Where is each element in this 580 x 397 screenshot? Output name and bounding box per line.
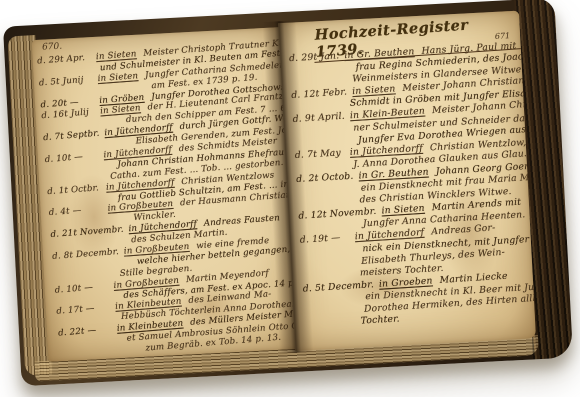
entry-date: d. 29t Jan. [289,50,340,64]
entry-text: Tochter. [360,313,400,326]
left-page-entries: d. 29t Apr. in Sieten Meister Christoph … [37,38,297,361]
open-register-book: 670. d. 29t Apr. in Sieten Meister Chris… [3,0,573,386]
right-page: Hochzeit-Register 1739. 671 d. 29t Jan. … [278,11,536,351]
photo-background: 670. d. 29t Apr. in Sieten Meister Chris… [0,0,580,397]
left-page-number: 670. [42,42,63,53]
right-page-number: 671 [495,31,511,41]
left-page: 670. d. 29t Apr. in Sieten Meister Chris… [32,27,298,362]
right-page-entries: d. 29t Jan. in Gr. Beuthen Hans Jürg. Pa… [289,40,536,331]
entry-date: d. 7t May [295,147,346,161]
